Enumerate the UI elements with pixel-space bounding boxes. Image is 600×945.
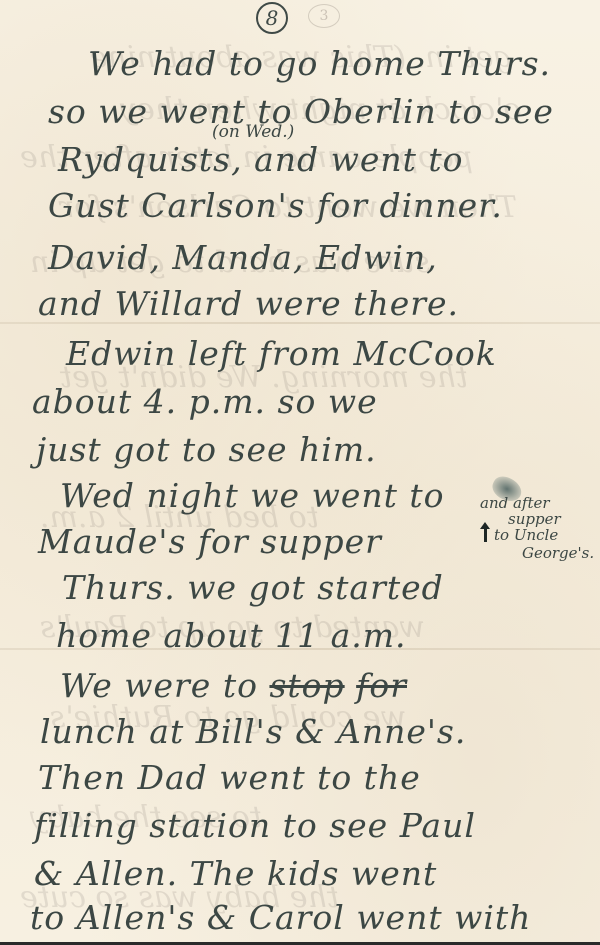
interlinear-insert: (on Wed.) — [212, 122, 294, 142]
text-line: We had to go home Thurs. — [88, 44, 551, 83]
text-line: and Willard were there. — [38, 284, 459, 323]
text-line: so we went to Oberlin to see — [48, 92, 554, 131]
text-line: Then Dad went to the — [38, 758, 421, 797]
text-line: Maude's for supper — [38, 522, 382, 561]
text-line: home about 11 a.m. — [56, 616, 407, 655]
text-line: lunch at Bill's & Anne's. — [40, 712, 466, 751]
text-line: Gust Carlson's for dinner. — [48, 186, 503, 225]
insert-arrow-icon — [484, 528, 487, 542]
text-line: David, Manda, Edwin, — [48, 238, 438, 277]
text-fragment — [345, 666, 357, 705]
text-line: about 4. p.m. so we — [32, 382, 378, 421]
text-line: filling station to see Paul — [34, 806, 476, 845]
text-line: just got to see him. — [36, 430, 377, 469]
struck-text: for — [356, 666, 407, 705]
page-number: 8 — [256, 2, 288, 34]
text-line: Wed night we went to — [60, 476, 444, 515]
struck-text: stop — [269, 666, 344, 705]
text-line: We were to stop for — [60, 666, 407, 705]
text-line: & Allen. The kids went — [34, 854, 437, 893]
text-line: to Allen's & Carol went with — [30, 898, 531, 937]
margin-insert-line: to Uncle — [494, 526, 558, 544]
text-line: Edwin left from McCook — [66, 334, 497, 373]
margin-insert-line: George's. — [522, 544, 594, 562]
text-fragment: We were to — [60, 666, 269, 705]
text-line: Rydquists, and went to — [58, 140, 464, 179]
letter-page: get in. (This was about nine o'clock at … — [0, 0, 600, 945]
text-line: Thurs. we got started — [62, 568, 444, 607]
ghost-page-number: 3 — [308, 4, 340, 28]
